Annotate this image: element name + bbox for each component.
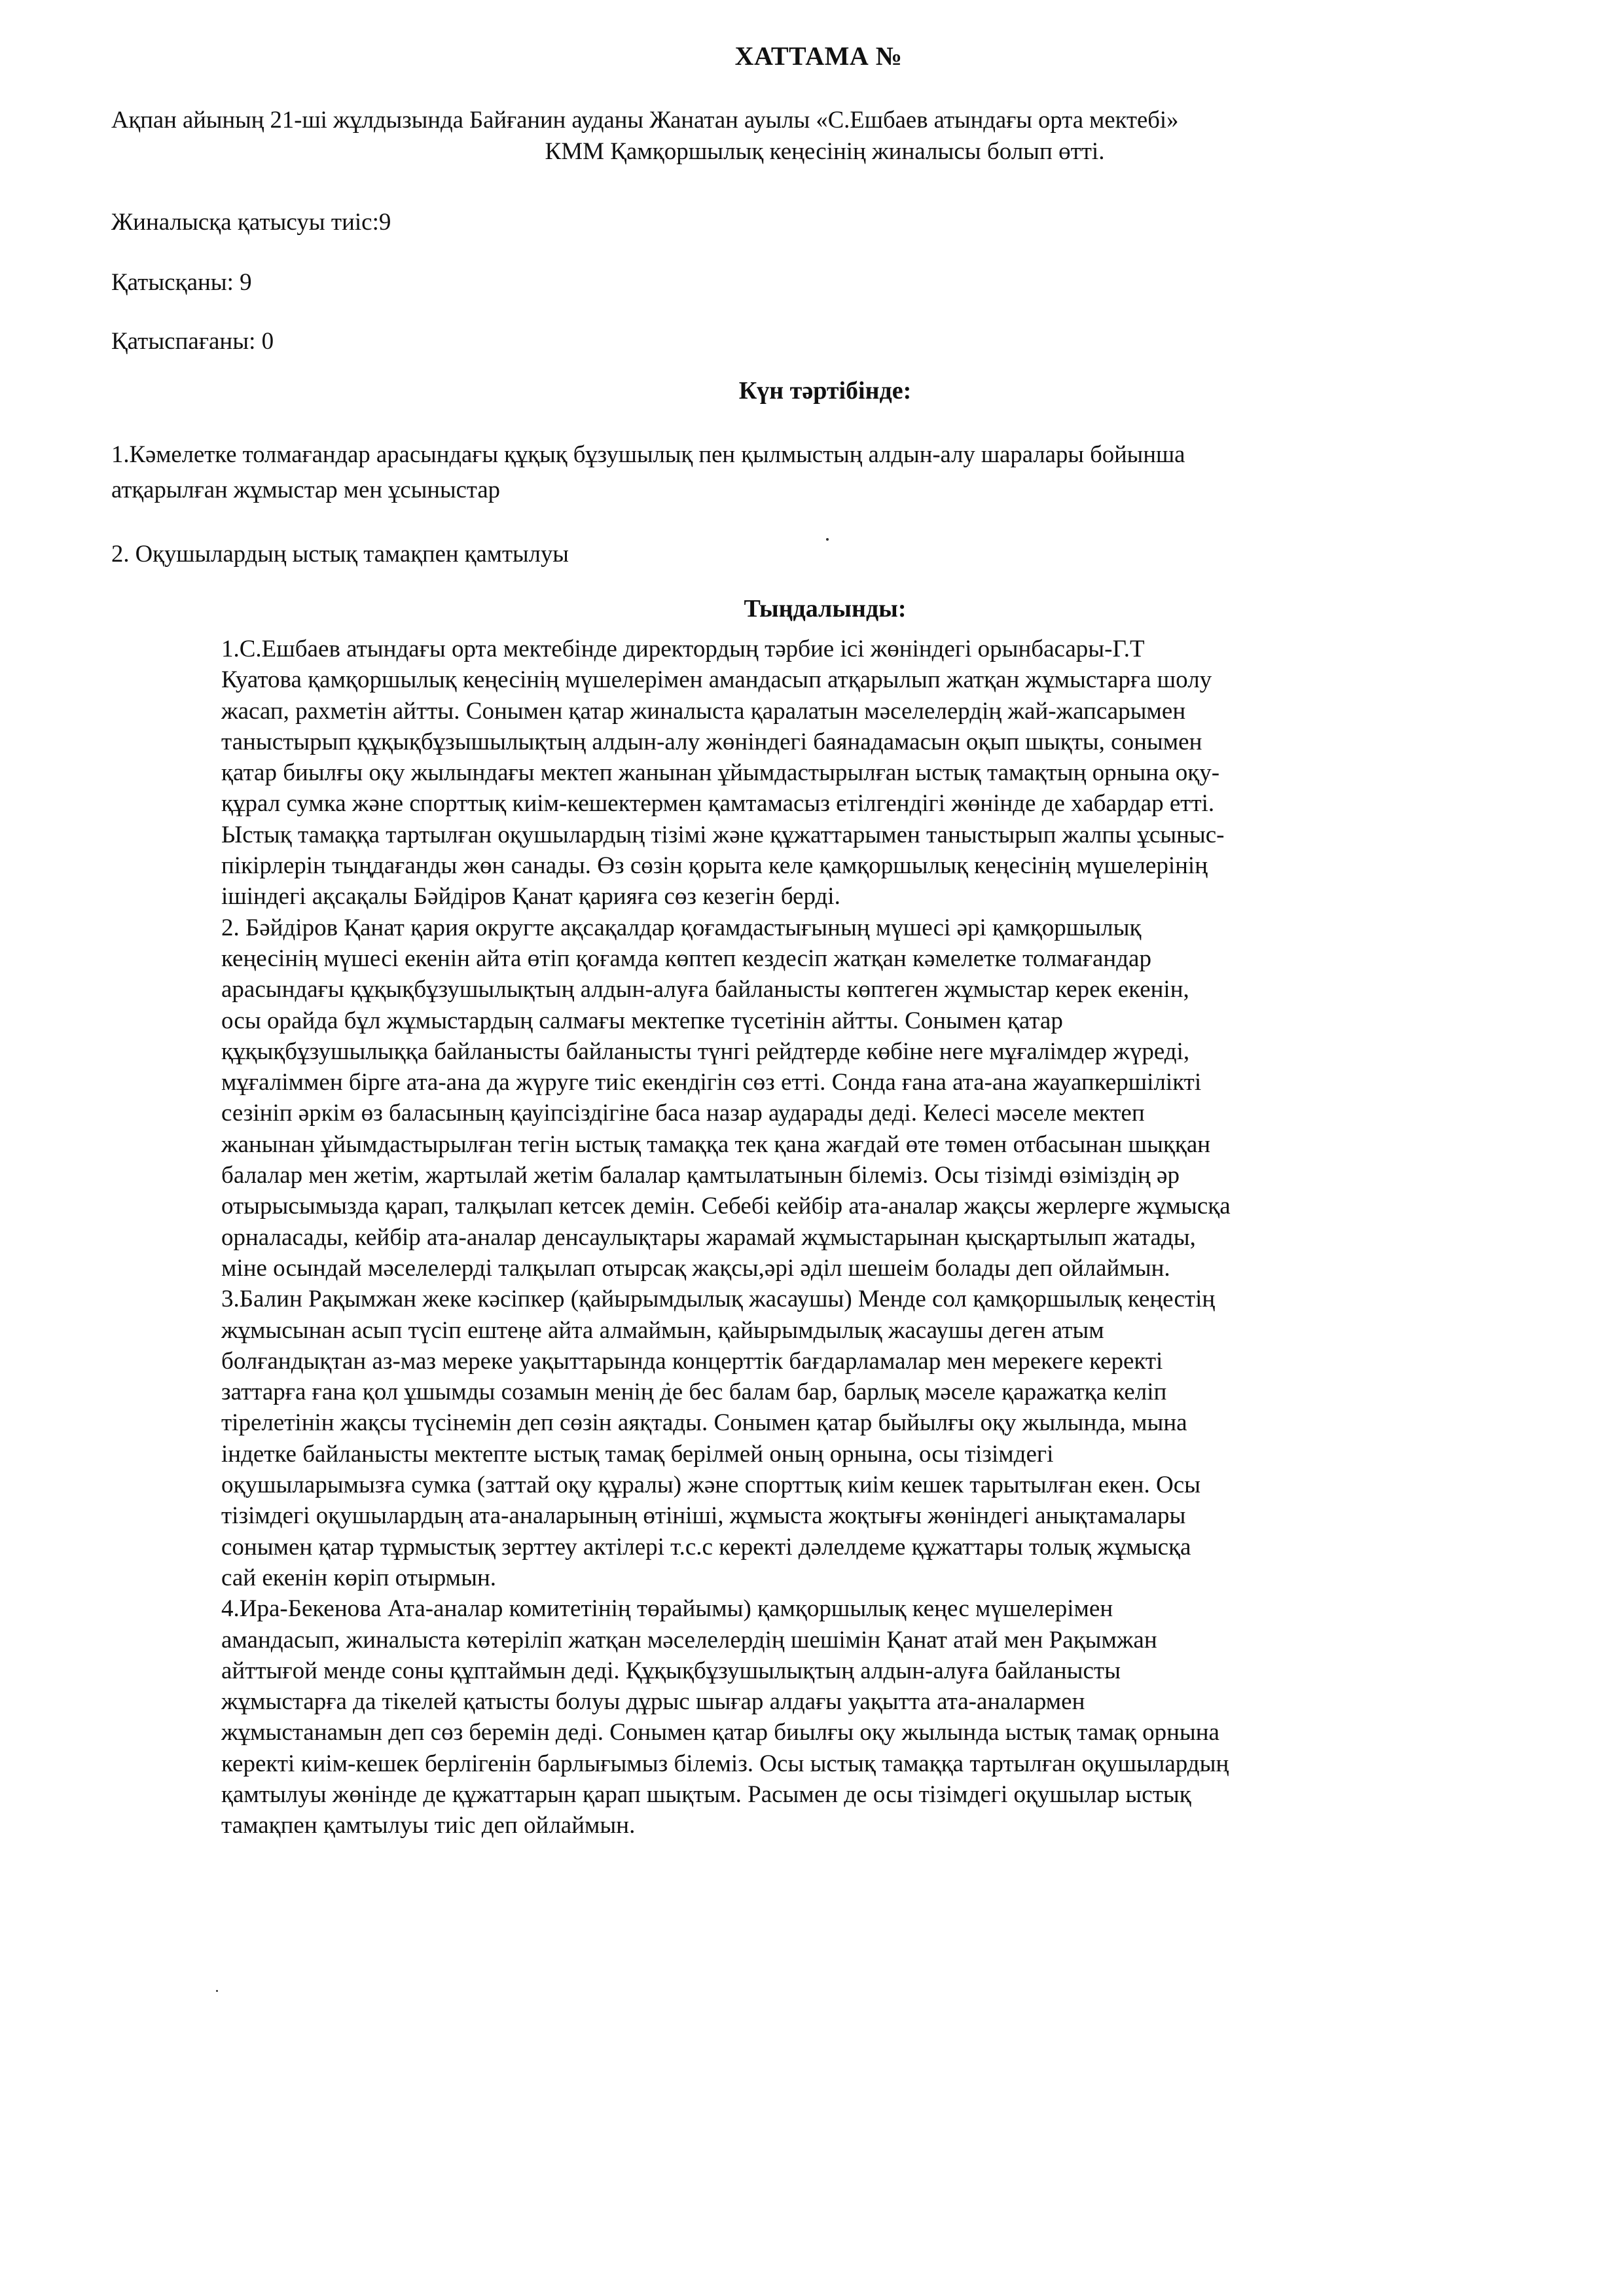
heard-line: сонымен қатар тұрмыстық зерттеу актілері…	[221, 1532, 1550, 1563]
heard-line: 2. Бәйдіров Қанат қария округте ақсақалд…	[221, 913, 1550, 943]
heard-line: амандасып, жиналыста көтеріліп жатқан мә…	[221, 1625, 1550, 1655]
agenda-heading: Күн тәртібінде:	[0, 376, 1624, 405]
heard-line: ішіндегі ақсақалы Бәйдіров Қанат қарияға…	[221, 881, 1550, 912]
heard-line: сезініп әркім өз баласының қауіпсіздігін…	[221, 1098, 1550, 1129]
heard-line: 1.С.Ешбаев атындағы орта мектебінде дире…	[221, 634, 1550, 664]
heard-line: қатар биылғы оқу жылындағы мектеп жанына…	[221, 757, 1550, 788]
heard-line: айттығой менде соны құптаймын деді. Құқы…	[221, 1655, 1550, 1686]
intro-paragraph: Ақпан айының 21-ші жұлдызында Байғанин а…	[111, 105, 1564, 168]
heard-line: Куатова қамқоршылық кеңесінің мүшелеріме…	[221, 664, 1550, 695]
heard-line: оқушыларымызға сумка (заттай оқу құралы)…	[221, 1470, 1550, 1500]
heard-line: жанынан ұйымдастырылған тегін ыстық тама…	[221, 1129, 1550, 1160]
heard-line: міне осындай мәселелерді талқылап отырса…	[221, 1253, 1550, 1284]
heard-line: қамтылуы жөнінде де құжаттарын қарап шық…	[221, 1779, 1550, 1810]
heard-line: жұмысынан асып түсіп ештеңе айта алмаймы…	[221, 1315, 1550, 1346]
intro-line-2: КММ Қамқоршылық кеңесінің жиналысы болып…	[111, 136, 1564, 168]
attendance-attended: Қатысқаны: 9	[111, 268, 252, 297]
heard-line: Ыстық тамаққа тартылған оқушылардың тізі…	[221, 820, 1550, 850]
heard-line: осы орайда бұл жұмыстардың салмағы мекте…	[221, 1005, 1550, 1036]
heard-line: орналасады, кейбір ата-аналар денсаулықт…	[221, 1222, 1550, 1253]
heard-line: індетке байланысты мектепте ыстық тамақ …	[221, 1439, 1550, 1470]
agenda-item-1-line-2: атқарылған жұмыстар мен ұсыныстар	[111, 473, 1551, 508]
heard-line: балалар мен жетім, жартылай жетім балала…	[221, 1160, 1550, 1191]
agenda-item-1: 1.Кәмелетке толмағандар арасындағы құқық…	[111, 437, 1564, 508]
document-title: ХАТТАМА №	[0, 41, 1624, 71]
heard-heading: Тыңдалынды:	[0, 594, 1624, 623]
heard-line: сай екенін көріп отырмын.	[221, 1563, 1550, 1593]
heard-line: тамақпен қамтылуы тиіс деп ойлаймын.	[221, 1810, 1550, 1841]
heard-line: жасап, рахметін айтты. Сонымен қатар жин…	[221, 696, 1550, 727]
attendance-should-attend: Жиналысқа қатысуы тиіс:9	[111, 208, 391, 236]
heard-line: жұмыстанамын деп сөз беремін деді. Соным…	[221, 1717, 1550, 1748]
attendance-absent: Қатыспағаны: 0	[111, 327, 274, 355]
intro-line-1: Ақпан айының 21-ші жұлдызында Байғанин а…	[111, 105, 1551, 136]
heard-line: құрал сумка және спорттық киім-кешектерм…	[221, 788, 1550, 819]
heard-line: отырысымызда қарап, талқылап кетсек демі…	[221, 1191, 1550, 1221]
scan-speck	[666, 1382, 669, 1385]
heard-line: болғандықтан аз-маз мереке уақыттарында …	[221, 1346, 1550, 1377]
heard-line: заттарға ғана қол ұшымды созамын менің д…	[221, 1377, 1550, 1407]
document-page: ХАТТАМА № Ақпан айының 21-ші жұлдызында …	[0, 0, 1624, 2295]
heard-line: пікірлерін тыңдағанды жөн санады. Өз сөз…	[221, 850, 1550, 881]
heard-line: мұғаліммен бірге ата-ана да жүруге тиіс …	[221, 1067, 1550, 1098]
heard-line: керекті киім-кешек берлігенін барлығымыз…	[221, 1748, 1550, 1779]
heard-line: 3.Балин Рақымжан жеке кәсіпкер (қайырымд…	[221, 1284, 1550, 1314]
agenda-item-2: 2. Оқушылардың ыстық тамақпен қамтылуы	[111, 537, 1564, 572]
agenda-item-2-line-1: 2. Оқушылардың ыстық тамақпен қамтылуы	[111, 537, 1551, 572]
heard-body: 1.С.Ешбаев атындағы орта мектебінде дире…	[221, 634, 1550, 1841]
heard-line: таныстырып құқықбұзышылықтың алдын-алу ж…	[221, 727, 1550, 757]
heard-line: 4.Ира-Бекенова Ата-аналар комитетінің тө…	[221, 1593, 1550, 1624]
scan-speck	[216, 1990, 218, 1992]
heard-line: құқықбұзушылыққа байланысты байланысты т…	[221, 1036, 1550, 1067]
agenda-item-1-line-1: 1.Кәмелетке толмағандар арасындағы құқық…	[111, 437, 1551, 473]
heard-line: арасындағы құқықбұзушылықтың алдын-алуға…	[221, 974, 1550, 1005]
heard-line: кеңесінің мүшесі екенін айта өтіп қоғамд…	[221, 943, 1550, 974]
heard-line: жұмыстарға да тікелей қатысты болуы дұры…	[221, 1686, 1550, 1717]
heard-line: тізімдегі оқушылардың ата-аналарының өті…	[221, 1500, 1550, 1531]
heard-line: тірелетінін жақсы түсінемін деп сөзін ая…	[221, 1407, 1550, 1438]
scan-speck	[826, 538, 829, 541]
